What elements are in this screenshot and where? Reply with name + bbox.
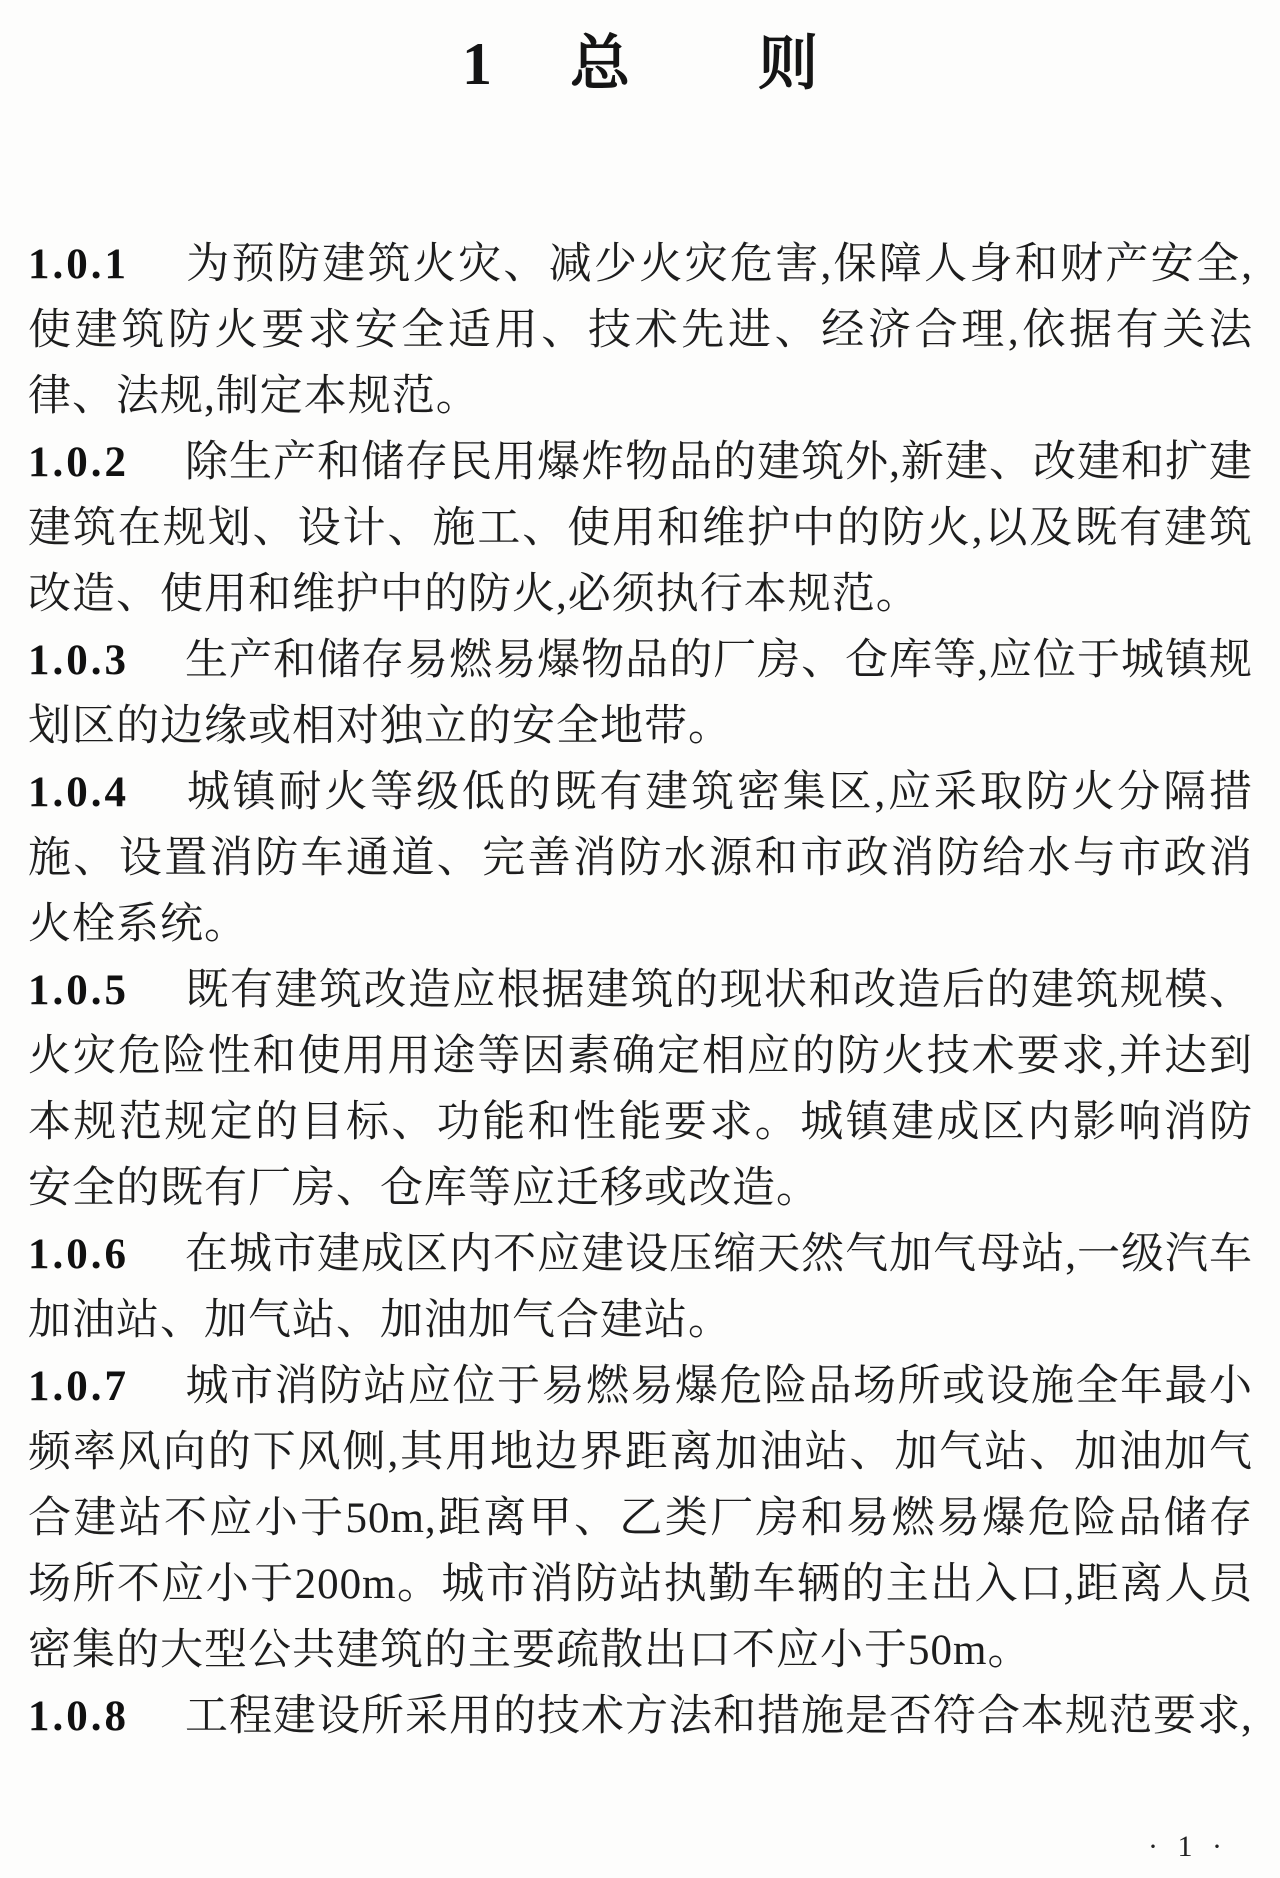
document-page: 1 总 则 1.0.1为预防建筑火灾、减少火灾危害,保障人身和财产安全,使建筑防… bbox=[0, 0, 1280, 1878]
clause-1-0-6: 1.0.6在城市建成区内不应建设压缩天然气加气母站,一级汽车加油站、加气站、加油… bbox=[28, 1222, 1253, 1354]
clause-text: 除生产和储存民用爆炸物品的建筑外,新建、改建和扩建建筑在规划、设计、施工、使用和… bbox=[28, 439, 1253, 618]
clause-1-0-4: 1.0.4城镇耐火等级低的既有建筑密集区,应采取防火分隔措施、设置消防车通道、完… bbox=[28, 760, 1253, 958]
page-number: · 1 · bbox=[1148, 1830, 1228, 1864]
clause-number: 1.0.1 bbox=[28, 241, 129, 288]
clause-text: 既有建筑改造应根据建筑的现状和改造后的建筑规模、火灾危险性和使用用途等因素确定相… bbox=[28, 967, 1253, 1212]
clause-1-0-5: 1.0.5既有建筑改造应根据建筑的现状和改造后的建筑规模、火灾危险性和使用用途等… bbox=[28, 958, 1253, 1222]
clause-number: 1.0.5 bbox=[28, 967, 129, 1014]
clauses-body: 1.0.1为预防建筑火灾、减少火灾危害,保障人身和财产安全,使建筑防火要求安全适… bbox=[28, 232, 1253, 1750]
clause-1-0-2: 1.0.2除生产和储存民用爆炸物品的建筑外,新建、改建和扩建建筑在规划、设计、施… bbox=[28, 430, 1253, 628]
clause-text: 工程建设所采用的技术方法和措施是否符合本规范要求, bbox=[185, 1693, 1253, 1740]
clause-text: 为预防建筑火灾、减少火灾危害,保障人身和财产安全,使建筑防火要求安全适用、技术先… bbox=[28, 241, 1253, 420]
clause-number: 1.0.2 bbox=[28, 439, 129, 486]
clause-1-0-8: 1.0.8工程建设所采用的技术方法和措施是否符合本规范要求, bbox=[28, 1684, 1253, 1750]
chapter-heading: 1 总 则 bbox=[0, 0, 1280, 100]
clause-1-0-3: 1.0.3生产和储存易燃易爆物品的厂房、仓库等,应位于城镇规划区的边缘或相对独立… bbox=[28, 628, 1253, 760]
clause-text: 生产和储存易燃易爆物品的厂房、仓库等,应位于城镇规划区的边缘或相对独立的安全地带… bbox=[28, 637, 1253, 750]
clause-1-0-1: 1.0.1为预防建筑火灾、减少火灾危害,保障人身和财产安全,使建筑防火要求安全适… bbox=[28, 232, 1253, 430]
chapter-title-char-2: 则 bbox=[758, 28, 818, 100]
clause-text: 城市消防站应位于易燃易爆危险品场所或设施全年最小频率风向的下风侧,其用地边界距离… bbox=[28, 1363, 1253, 1674]
clause-text: 城镇耐火等级低的既有建筑密集区,应采取防火分隔措施、设置消防车通道、完善消防水源… bbox=[28, 769, 1253, 948]
clause-number: 1.0.3 bbox=[28, 637, 129, 684]
clause-1-0-7: 1.0.7城市消防站应位于易燃易爆危险品场所或设施全年最小频率风向的下风侧,其用… bbox=[28, 1354, 1253, 1684]
chapter-title-char-1: 总 bbox=[570, 28, 630, 100]
clause-number: 1.0.8 bbox=[28, 1693, 129, 1740]
clause-number: 1.0.4 bbox=[28, 769, 129, 816]
clause-number: 1.0.6 bbox=[28, 1231, 129, 1278]
clause-number: 1.0.7 bbox=[28, 1363, 129, 1410]
chapter-number: 1 bbox=[462, 28, 492, 100]
clause-text: 在城市建成区内不应建设压缩天然气加气母站,一级汽车加油站、加气站、加油加气合建站… bbox=[28, 1231, 1253, 1344]
